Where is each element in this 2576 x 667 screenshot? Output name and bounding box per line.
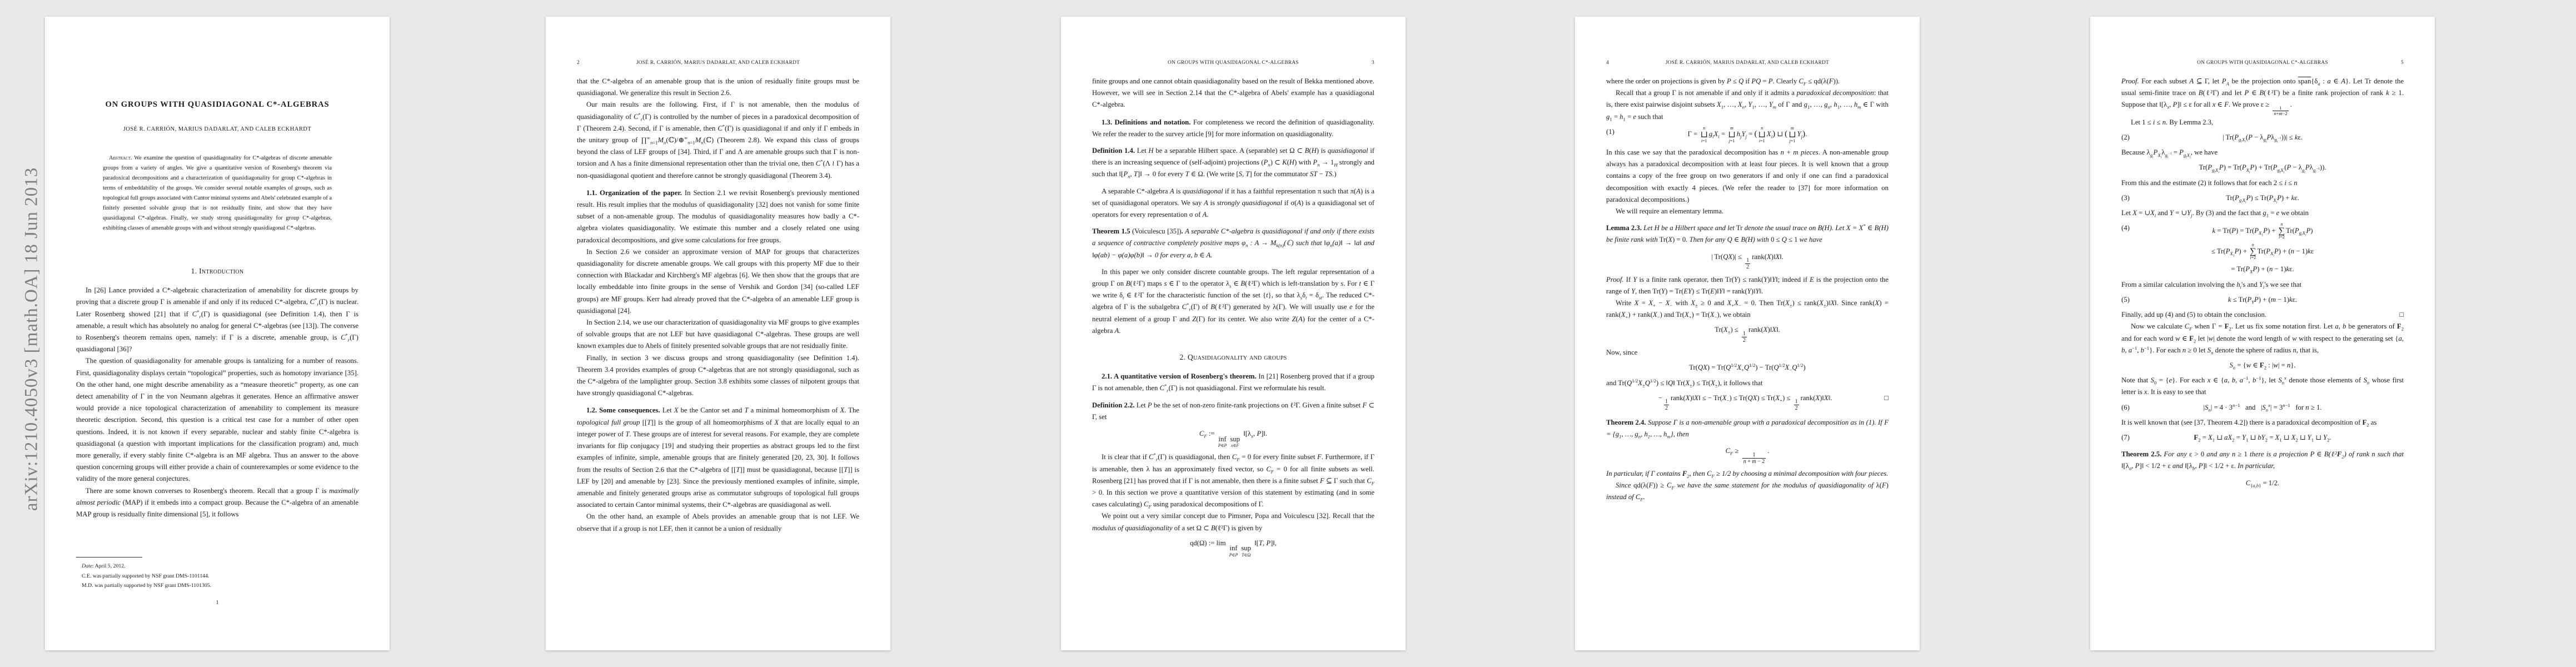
running-head: 4 JOSÉ R. CARRIÓN, MARIUS DADARLAT, AND … (1606, 60, 1889, 66)
page-1: ON GROUPS WITH QUASIDIAGONAL C*-ALGEBRAS… (45, 17, 390, 650)
running-head-left (1092, 60, 1111, 66)
equation-number: (1) (1606, 126, 1615, 138)
equation-4: (4)k = Tr(P) = Tr(PX1P) + n∑i=2Tr(PgiXiP… (2121, 222, 2404, 240)
equation-number: (7) (2121, 432, 2130, 444)
paragraph: and Tr(Q1/2X±Q1/2) ≤ ‖Q‖ Tr(X±) ≤ Tr(X±)… (1606, 377, 1889, 389)
equation-number: (6) (2121, 402, 2130, 414)
paragraph: Write X = X+ − X− with X± ≥ 0 and X+X− =… (1606, 297, 1889, 321)
paragraph: In this paper we only consider discrete … (1092, 266, 1374, 337)
equation-number: (3) (2121, 192, 2130, 204)
paragraph: In Section 2.6 we consider an approximat… (577, 246, 859, 317)
page-5-content: Proof. For each subset A ⊆ Γ, let PA be … (2121, 76, 2404, 492)
paragraph: In [26] Lance provided a C*-algebraic ch… (76, 285, 358, 355)
paragraph: Note that S0 = {e}. For each x ∈ {a, b, … (2121, 375, 2404, 398)
equation-number: (5) (2121, 294, 2130, 306)
running-head-text: ON GROUPS WITH QUASIDIAGONAL C*-ALGEBRAS (2140, 60, 2385, 66)
paragraph: We point out a very similar concept due … (1092, 510, 1374, 534)
equation: Sn = {w ∈ F2 : |w| = n}. (2121, 360, 2404, 371)
subsection: 1.2. Some consequences. Let X be the Can… (577, 405, 859, 511)
page-number: 1 (45, 600, 390, 606)
equation-6: (6)|Sn| = 4 · 3n−1 and |Snx| = 3n−1 for … (2121, 402, 2404, 414)
theorem: Theorem 2.5. For any ε > 0 and any n ≥ 1… (2121, 449, 2404, 472)
equation-4b: ≤ Tr(PX1P) + n∑i=2Tr(PXiP) + (n − 1)kε (2121, 243, 2404, 260)
equation-3: (3)Tr(PgiXiP) ≤ Tr(PXiP) + kε. (2121, 192, 2404, 204)
abstract: Abstract. We examine the question of qua… (103, 153, 332, 233)
page-3-content: finite groups and one cannot obtain quas… (1092, 76, 1374, 561)
paragraph: There are some known converses to Rosenb… (76, 485, 358, 521)
paragraph: A separable C*-algebra A is quasidiagona… (1092, 186, 1374, 221)
running-head-text: ON GROUPS WITH QUASIDIAGONAL C*-ALGEBRAS (1111, 60, 1356, 66)
footnote-rule (76, 557, 142, 558)
paragraph: Finally, in section 3 we discuss groups … (577, 352, 859, 400)
equation-4c: = Tr(PXP) + (n − 1)kε. (2121, 263, 2404, 275)
running-head-text: JOSÉ R. CARRIÓN, MARIUS DADARLAT, AND CA… (1625, 60, 1870, 66)
running-head-page-number: 2 (577, 60, 596, 66)
paragraph: Now we calculate CF when Γ = F2. Let us … (2121, 321, 2404, 356)
paragraph: Let X = ∪Xi and Y = ∪Yj. By (3) and the … (2121, 207, 2404, 219)
running-head-page-number: 5 (2385, 60, 2404, 66)
equation: Tr(QX) = Tr(Q1/2X+Q1/2) − Tr(Q1/2X−Q1/2) (1606, 362, 1889, 374)
subsection: 1.3. Definitions and notation. For compl… (1092, 117, 1374, 140)
running-head-page-number: 3 (1356, 60, 1374, 66)
footnote-date: Date: April 5, 2012. (76, 561, 358, 571)
paragraph: In Section 2.14, we use our characteriza… (577, 317, 859, 352)
paragraph: It is well known that (see [37, Theorem … (2121, 417, 2404, 429)
equation: qd(Ω) := lim infP∈PsupT∈Ω ‖[T, P]‖, (1092, 537, 1374, 558)
equation: Tr(PgiXiP) = Tr(PXiP) + Tr(PgiXi(P − λgi… (2121, 162, 2404, 173)
paragraph: From this and the estimate (2) it follow… (2121, 177, 2404, 189)
footnote-grant: C.E. was partially supported by NSF gran… (76, 571, 358, 581)
equation-1: (1)Γ = n⊔i=1giXi = m⊔j=1hjYj = (n⊔i=1Xi)… (1606, 126, 1889, 143)
theorem: Theorem 2.4. Suppose Γ is a non-amenable… (1606, 417, 1889, 440)
page-2-content: that the C*-algebra of an amenable group… (577, 76, 859, 535)
subsection: 1.1. Organization of the paper. In Secti… (577, 187, 859, 246)
paragraph: Now, since (1606, 347, 1889, 359)
paragraph: Let 1 ≤ i ≤ n. By Lemma 2.3, (2121, 117, 2404, 128)
equation-number: (2) (2121, 132, 2130, 143)
paragraph: Finally, add up (4) and (5) to obtain th… (2121, 309, 2404, 321)
equation-5: (5)k ≤ Tr(PYP) + (m − 1)kε. (2121, 294, 2404, 306)
equation-7: (7)F2 = X1 ⊔ aX2 = Y1 ⊔ bY2 = X1 ⊔ X2 ⊔ … (2121, 432, 2404, 444)
subsection: 2.1. A quantitative version of Rosenberg… (1092, 371, 1374, 394)
footnotes: Date: April 5, 2012.C.E. was partially s… (76, 557, 358, 591)
definition: Definition 2.2. Let P be the set of non-… (1092, 400, 1374, 423)
equation: −12rank(X)‖X‖ ≤ − Tr(X−) ≤ Tr(QX) ≤ Tr(X… (1606, 392, 1889, 412)
running-head-page-number: 4 (1606, 60, 1625, 66)
paragraph: where the order on projections is given … (1606, 76, 1889, 87)
theorem-continued: Since qd(λ(F)) ≥ CF we have the same sta… (1606, 480, 1889, 503)
proof: Proof. If Y is a finite rank operator, t… (1606, 274, 1889, 297)
equation-2: (2)| Tr(PgiXi(P − λgiPλgi−1))| ≤ kε. (2121, 132, 2404, 143)
paragraph: The question of quasidiagonality for ame… (76, 355, 358, 485)
paragraph: Our main results are the following. Firs… (577, 99, 859, 181)
paragraph: We will require an elementary lemma. (1606, 206, 1889, 217)
page-1-content: ON GROUPS WITH QUASIDIAGONAL C*-ALGEBRAS… (76, 99, 358, 520)
paragraph: Because λgiPXiλgi−1 = PgiXi, we have (2121, 147, 2404, 158)
running-head: 2 JOSÉ R. CARRIÓN, MARIUS DADARLAT, AND … (577, 60, 859, 66)
running-head: ON GROUPS WITH QUASIDIAGONAL C*-ALGEBRAS… (1092, 60, 1374, 66)
section-heading: 2. Quasidiagonality and groups (1092, 351, 1374, 363)
page-4: 4 JOSÉ R. CARRIÓN, MARIUS DADARLAT, AND … (1575, 17, 1920, 650)
paper-title: ON GROUPS WITH QUASIDIAGONAL C*-ALGEBRAS (76, 99, 358, 110)
page-2: 2 JOSÉ R. CARRIÓN, MARIUS DADARLAT, AND … (546, 17, 890, 650)
proof: Proof. For each subset A ⊆ Γ, let PA be … (2121, 76, 2404, 117)
definition: Definition 1.4. Let H be a separable Hil… (1092, 145, 1374, 181)
page-5: ON GROUPS WITH QUASIDIAGONAL C*-ALGEBRAS… (2090, 17, 2435, 650)
paragraph: In this case we say that the paradoxical… (1606, 147, 1889, 206)
paragraph: finite groups and one cannot obtain quas… (1092, 76, 1374, 111)
running-head-right (840, 60, 859, 66)
paragraph: It is clear that if C*r(Γ) is quasidiago… (1092, 451, 1374, 510)
paragraph: From a similar calculation involving the… (2121, 279, 2404, 291)
running-head: ON GROUPS WITH QUASIDIAGONAL C*-ALGEBRAS… (2121, 60, 2404, 66)
paragraph: On the other hand, an example of Abels p… (577, 511, 859, 534)
equation: CF := infP∈Psupx∈F ‖[λx, P]‖. (1092, 428, 1374, 448)
section-heading: 1. Introduction (76, 265, 358, 277)
theorem-continued: In particular, if Γ contains F2, then CF… (1606, 468, 1889, 480)
arxiv-stamp: arXiv:1210.4050v3 [math.OA] 18 Jun 2013 (22, 167, 42, 511)
paragraph: Recall that a group Γ is not amenable if… (1606, 87, 1889, 123)
running-head-right (1870, 60, 1889, 66)
lemma: Lemma 2.3. Let H be a Hilbert space and … (1606, 222, 1889, 246)
equation: Tr(X±) ≤ 12rank(X)‖X‖. (1606, 324, 1889, 344)
running-head-text: JOSÉ R. CARRIÓN, MARIUS DADARLAT, AND CA… (596, 60, 840, 66)
footnote-list: Date: April 5, 2012.C.E. was partially s… (76, 561, 358, 591)
paper-authors: JOSÉ R. CARRIÓN, MARIUS DADARLAT, AND CA… (76, 126, 358, 133)
equation: CF ≥ 1n + m − 2. (1606, 445, 1889, 465)
theorem: Theorem 1.5 (Voiculescu [35]). A separab… (1092, 226, 1374, 261)
equation: | Tr(QX)| ≤ 12rank(X)‖X‖. (1606, 251, 1889, 271)
pdf-multipage-view: arXiv:1210.4050v3 [math.OA] 18 Jun 2013 … (0, 0, 2576, 667)
running-head-left (2121, 60, 2140, 66)
equation: C{a,b} = 1/2. (2121, 477, 2404, 489)
paragraph: that the C*-algebra of an amenable group… (577, 76, 859, 99)
equation-number: (4) (2121, 222, 2130, 234)
page-4-content: where the order on projections is given … (1606, 76, 1889, 504)
page-3: ON GROUPS WITH QUASIDIAGONAL C*-ALGEBRAS… (1061, 17, 1406, 650)
footnote-grant: M.D. was partially supported by NSF gran… (76, 581, 358, 591)
